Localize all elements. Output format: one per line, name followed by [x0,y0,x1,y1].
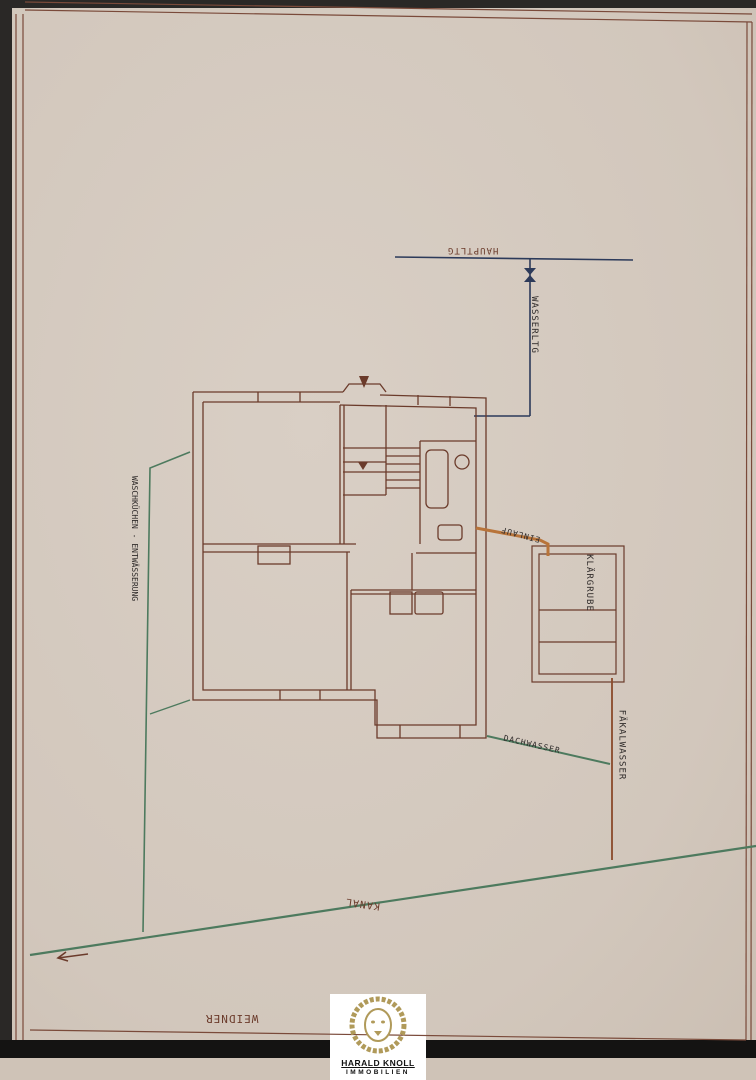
floor-plan-drawing [0,0,756,1080]
water-main-line [395,257,633,416]
author-signature: WEIDNER [205,1012,258,1025]
entrance-arrow-icon [358,376,369,470]
canal-line [30,846,756,955]
main-line-label: HAUPTLTG [447,245,498,255]
sewage-label: FÄKALWASSER [616,710,626,781]
valve-icon [524,268,536,282]
septic-tank-label: KLÄRGRUBE [584,554,594,612]
sheet-border [16,2,752,1040]
lion-head-icon [352,999,404,1051]
flow-arrow-icon [58,952,88,961]
laundry-drain-label: WASCHKÜCHEN - ENTWÄSSERUNG [130,476,139,601]
septic-tank [532,546,624,682]
laundry-drain-branch [150,700,190,714]
water-line-label: WASSERLTG [529,296,539,354]
building-walls [193,384,486,738]
laundry-drain-line [143,452,190,932]
